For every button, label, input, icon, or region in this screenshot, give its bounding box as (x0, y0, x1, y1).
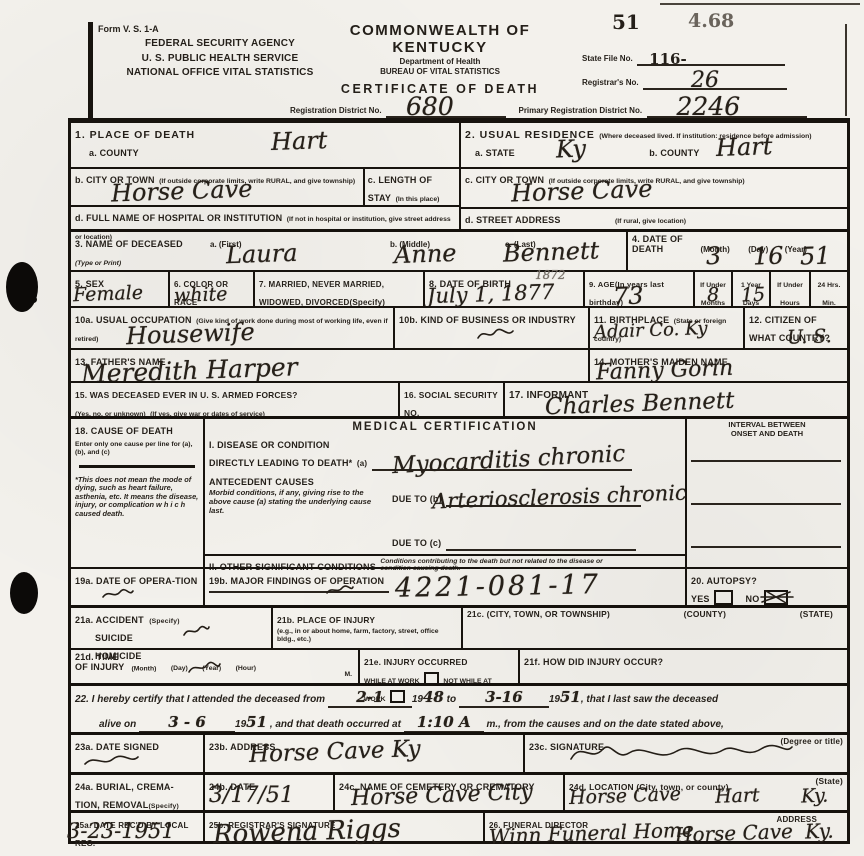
certify-text-5: , and that death occurred at (270, 719, 401, 730)
cause-a-value: Myocarditis chronic (391, 441, 625, 479)
date-signed-scribble (81, 751, 141, 774)
if-under-24hr-min-label: 24 Hrs.Min. (818, 282, 841, 307)
stamp-51: 51 (612, 10, 640, 34)
death-day-value: 16 (753, 241, 785, 270)
state-label: a. STATE (475, 148, 515, 158)
time-of-injury-scribble (186, 660, 222, 681)
findings-code-value: 4221-081-17 (395, 569, 601, 604)
major-findings-label: 19b. MAJOR FINDINGS OF OPERATION (209, 576, 384, 586)
sex-value: Female (73, 282, 144, 306)
age-months-value: 8 (707, 284, 720, 306)
ink-blob-bottom (10, 572, 38, 614)
county-value: Hart (271, 126, 328, 156)
interval-onset-death-label: INTERVAL BETWEENONSET AND DEATH (691, 421, 843, 438)
death-certificate-scan: Form V. S. 1-A FEDERAL SECURITY AGENCY U… (0, 0, 864, 856)
state-value: Ky (556, 134, 587, 163)
state-file-no-value: 116- (649, 50, 687, 68)
occupation-value: Housewife (126, 318, 256, 350)
place-of-death-title: 1. PLACE OF DEATH (75, 129, 195, 141)
certify-to: to (447, 694, 456, 705)
first-name-value: Laura (226, 239, 298, 269)
date-of-death-label: 4. DATE OF DEATH (632, 234, 690, 255)
death-year-value: 51 (800, 241, 832, 270)
certify-year3-value: 51 (246, 713, 267, 731)
disease-condition-a: (a) (357, 459, 367, 468)
usual-residence-note: (Where deceased lived. If institution: r… (599, 133, 811, 140)
certify-text-1: 22. I hereby certify that I attended the… (75, 694, 325, 705)
place-of-injury-note: (e.g., in or about home, farm, factory, … (277, 628, 457, 644)
social-security-label: 16. SOCIAL SECURITY NO. (404, 390, 498, 418)
date-of-birth-value: July 1, 1877 (427, 280, 555, 308)
findings-scribble (325, 583, 355, 601)
document-title: COMMONWEALTH OF KENTUCKY (300, 22, 580, 56)
dept-of-health: Department of Health (300, 58, 580, 67)
state-file-no-label: State File No. (582, 54, 633, 63)
injury-city-label: 21c. (CITY, TOWN, OR TOWNSHIP) (467, 610, 610, 620)
if-under-24hr-hours-label: If UnderHours (777, 282, 803, 307)
certify-text-3: , that I last saw the deceased (581, 694, 718, 705)
residence-county-label: b. COUNTY (649, 148, 699, 158)
hospital-name-label: d. FULL NAME OF HOSPITAL OR INSTITUTION (75, 213, 282, 223)
attended-from-value: 2-1 (328, 688, 412, 708)
injury-county-label: (COUNTY) (684, 610, 727, 620)
certificate-form: 1. PLACE OF DEATH a. COUNTY Hart b. CITY… (68, 118, 850, 844)
physician-address-value: Horse Cave Ky (249, 736, 421, 768)
street-address-label: d. STREET ADDRESS (465, 215, 561, 225)
interval-line-2 (691, 503, 841, 505)
accident-scribble (181, 624, 211, 643)
ink-blob-top (6, 262, 38, 312)
stamp-468: 4.68 (688, 10, 734, 32)
autopsy-label: 20. AUTOPSY? (691, 576, 757, 586)
armed-forces-label: 15. WAS DECEASED EVER IN U. S. ARMED FOR… (75, 390, 298, 400)
certify-year1-value: 48 (423, 688, 444, 706)
city-value: Horse Cave (111, 175, 253, 208)
business-industry-label: 10b. KIND OF BUSINESS OR INDUSTRY (399, 315, 576, 325)
operation-scribble (101, 587, 135, 606)
birthplace-value: Adair Co. Ky (594, 318, 708, 343)
residence-county-value: Hart (716, 132, 773, 162)
cause-of-death-note1: Enter only one cause per line for (a), (… (75, 441, 199, 457)
burial-location-city-value: Horse Cave (569, 783, 682, 809)
autopsy-no-label: NO (746, 594, 760, 604)
burial-location-state-value: Ky. (801, 785, 829, 808)
age-days-value: 15 (741, 284, 766, 307)
morbid-conditions-note: Morbid conditions, if any, giving rise t… (209, 489, 384, 551)
registration-district-value: 680 (406, 92, 454, 121)
date-received-value: 3-23-1951 (67, 819, 175, 843)
burial-date-value: 3/17/51 (209, 783, 294, 808)
registrar-no-value: 26 (691, 68, 719, 93)
county-label: a. COUNTY (89, 148, 139, 158)
certify-alive-on: alive on (99, 719, 136, 730)
right-edge-line (845, 24, 847, 116)
length-of-stay-note: (In this place) (396, 196, 440, 203)
autopsy-no-checkbox (764, 590, 788, 605)
primary-district-value: 2246 (677, 92, 741, 121)
funeral-home-city-value: Horse Cave (675, 819, 794, 847)
certify-text-6: m., from the causes and on the date stat… (487, 719, 724, 730)
certify-year1: 19 (412, 694, 423, 705)
last-name-value: Bennett (503, 236, 600, 267)
form-number: Form V. S. 1-A (98, 24, 159, 34)
certify-year3: 19 (235, 719, 246, 730)
registrar-no-label: Registrar's No. (582, 78, 639, 87)
burial-location-county-value: Hart (715, 784, 760, 808)
medical-certification-title: MEDICAL CERTIFICATION (209, 421, 681, 433)
interval-line-3 (691, 546, 841, 548)
middle-name-value: Anne (394, 239, 457, 269)
street-address-note: (If rural, give location) (615, 218, 686, 225)
injury-hour-m: M. (344, 671, 352, 679)
autopsy-yes-label: YES (691, 594, 710, 604)
attended-to-value: 3-16 (459, 688, 549, 708)
left-edge-bar (88, 22, 93, 118)
marital-status-label: 7. MARRIED, NEVER MARRIED, WIDOWED, DIVO… (259, 280, 385, 307)
business-industry-scribble (475, 326, 515, 347)
bureau-vital-statistics: BUREAU OF VITAL STATISTICS (300, 68, 580, 77)
time-of-injury-label: 21d. TIME OF INJURY (75, 652, 127, 673)
registration-district-label: Registration District No. (290, 106, 382, 115)
certify-year2: 19 (549, 694, 560, 705)
injury-month-label: (Month) (131, 665, 156, 672)
death-time-value: 1:10 A (404, 713, 484, 733)
primary-district-label: Primary Registration District No. (518, 106, 642, 115)
physician-signature-scribble (565, 737, 795, 772)
color-or-race-value: white (174, 283, 228, 307)
name-of-deceased-label: 3. NAME OF DECEASED (75, 239, 183, 249)
autopsy-yes-checkbox (714, 590, 733, 605)
how-did-injury-occur-label: 21f. HOW DID INJURY OCCUR? (524, 657, 663, 667)
burial-cremation-label: 24a. BURIAL, CREMA-TION, REMOVAL(Specify… (75, 782, 179, 810)
cemetery-name-value: Horse Cave City (351, 780, 534, 811)
injury-hour-label: (Hour) (236, 665, 256, 672)
injury-state-label: (STATE) (800, 610, 833, 620)
funeral-home-state-value: Ky. (805, 819, 834, 844)
date-of-operation-label: 19a. DATE OF OPERA-TION (75, 576, 197, 586)
due-to-c-label: DUE TO (c) (392, 538, 441, 548)
citizen-value: U. S. (787, 325, 832, 349)
ink-dot (30, 296, 37, 303)
death-month-value: 3 (706, 242, 722, 271)
place-of-injury-label: 21b. PLACE OF INJURY (277, 615, 375, 625)
type-or-print-note: (Type or Print) (75, 260, 121, 267)
disease-condition-label: I. DISEASE OR CONDITIONDIRECTLY LEADING … (209, 440, 352, 468)
registrar-signature-value: Rowena Riggs (213, 814, 402, 851)
divider (79, 465, 195, 468)
alive-on-value: 3 - 6 (139, 713, 235, 733)
top-right-line (660, 3, 860, 5)
interval-line-1 (691, 460, 841, 462)
cause-of-death-label: 18. CAUSE OF DEATH (75, 426, 173, 436)
residence-city-value: Horse Cave (511, 175, 653, 208)
certify-year2-value: 51 (560, 688, 581, 706)
injury-occurred-label: 21e. INJURY OCCURRED (364, 657, 468, 667)
cause-of-death-note2: *This does not mean the mode of dying, s… (75, 476, 199, 519)
